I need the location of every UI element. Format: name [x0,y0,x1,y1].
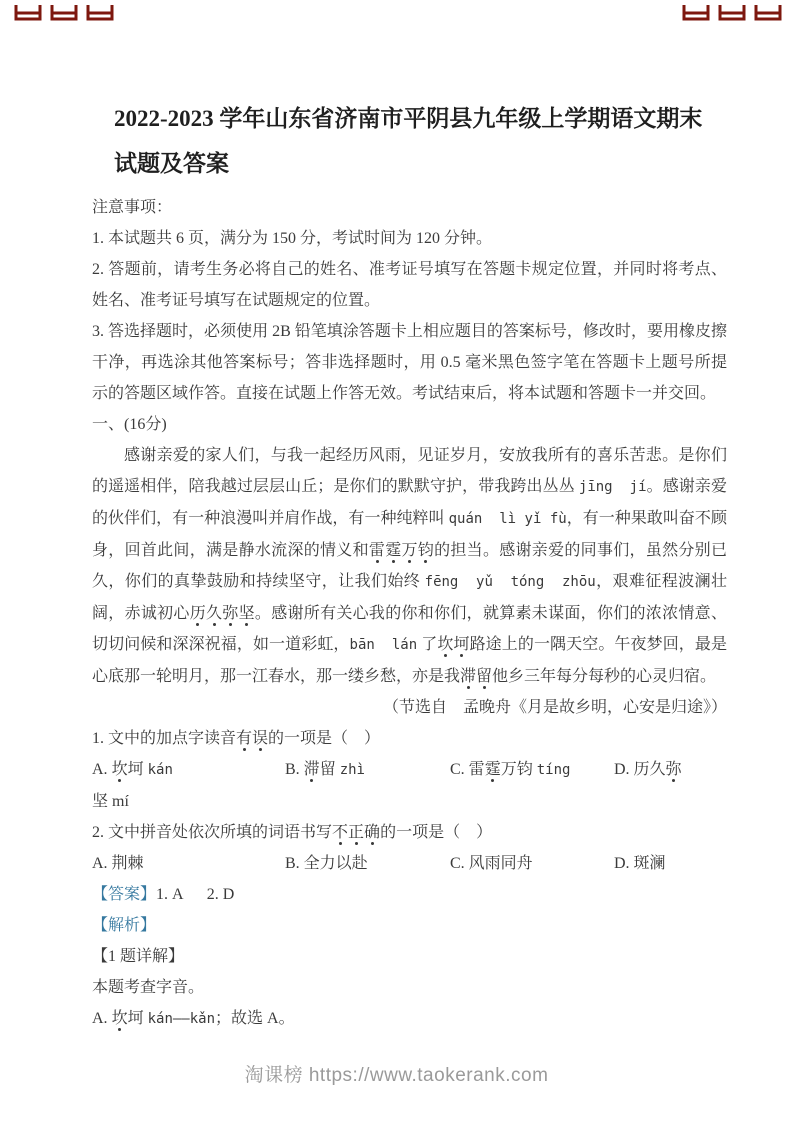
notice-heading: 注意事项： [92,192,727,223]
notice-item-3: 3. 答选择题时，必须使用 2B 铅笔填涂答题卡上相应题目的答案标号，修改时，要… [92,316,727,409]
notice-item-2: 2. 答题前，请考生务必将自己的姓名、准考证号填写在答题卡规定位置，并同时将考点… [92,254,727,316]
page-title-line-2: 试题及答案 [92,141,727,186]
detail-1-label: 【1 题详解】 [92,941,727,972]
question-2-option-d: D. 斑澜 [614,848,727,879]
question-1-option-b: B. 滞留 zhì [285,754,450,786]
page-title-line-1: 2022-2023 学年山东省济南市平阴县九年级上学期语文期末 [92,96,727,141]
document-content: 2022-2023 学年山东省济南市平阴县九年级上学期语文期末 试题及答案 注意… [92,0,727,1035]
question-1-stem: 1. 文中的加点字读音有误的一项是（ ） [92,723,727,754]
answer-line: 【答案】1. A 2. D [92,879,727,910]
question-1-option-a: A. 坎坷 kán [92,754,285,786]
question-1-option-d: D. 历久弥 [614,754,727,786]
question-2-option-a: A. 荆棘 [92,848,285,879]
question-1-options: A. 坎坷 kán B. 滞留 zhì C. 雷霆万钧 tíng D. 历久弥 [92,754,727,786]
question-2-options: A. 荆棘 B. 全力以赴 C. 风雨同舟 D. 斑澜 [92,848,727,879]
page-title: 2022-2023 学年山东省济南市平阴县九年级上学期语文期末 试题及答案 [92,96,727,186]
reading-passage: 感谢亲爱的家人们，与我一起经历风雨，见证岁月，安放我所有的喜乐苦悲。是你们的遥遥… [92,440,727,692]
detail-1-text: 本题考查字音。 [92,972,727,1003]
question-2-stem: 2. 文中拼音处依次所填的词语书写不正确的一项是（ ） [92,817,727,848]
explanation-line: A. 坎坷 kán——kǎn；故选 A。 [92,1003,727,1035]
question-1-option-c: C. 雷霆万钧 tíng [450,754,614,786]
notice-item-1: 1. 本试题共 6 页，满分为 150 分，考试时间为 120 分钟。 [92,223,727,254]
footer-watermark: 淘课榜 https://www.taokerank.com [0,1060,793,1087]
question-1-option-d-wrap: 坚 mí [92,786,727,817]
answer-values: 1. A 2. D [156,886,234,903]
question-2-option-c: C. 风雨同舟 [450,848,614,879]
section-heading: 一、(16分) [92,409,727,440]
analysis-label: 【解析】 [92,910,727,941]
passage-attribution: （节选自 孟晚舟《月是故乡明，心安是归途》） [92,692,727,723]
question-2-option-b: B. 全力以赴 [285,848,450,879]
document-page: 2022-2023 学年山东省济南市平阴县九年级上学期语文期末 试题及答案 注意… [0,0,793,1122]
answer-label: 【答案】 [92,886,156,903]
